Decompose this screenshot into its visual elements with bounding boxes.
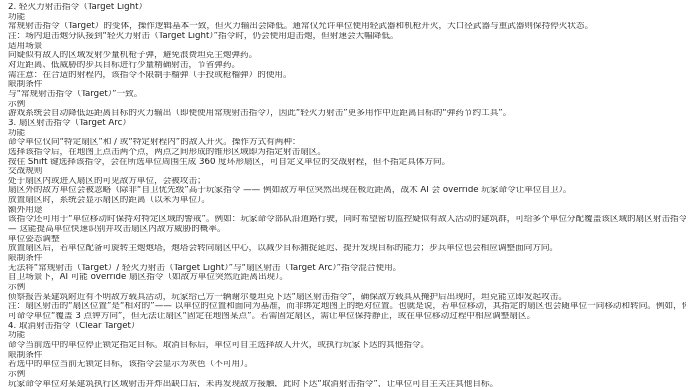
text-line: 命令单位仅向“特定扇区”和 / 或“特定射程内”的敌人开火。操作方式有两种： xyxy=(8,138,686,148)
text-line: 放置扇区后，若单位配备可旋转主炮炮塔，炮塔会转向扇区中心，以减少目标捕捉延迟、提… xyxy=(8,244,686,254)
text-line: 功能 xyxy=(8,129,686,139)
text-line: 常规射击指令（Target）的变体，操作逻辑基本一致，但火力输出会降低。通常仅允… xyxy=(8,22,686,32)
text-line: 向疑似有敌人的区域发射少量机枪子弹，避免浪费坦克主炮弹药。 xyxy=(8,51,686,61)
text-line: 限制条件 xyxy=(8,254,686,264)
document-body: 2. 轻火力射击指令（Target Light）功能常规射击指令（Target）… xyxy=(0,0,690,387)
text-line: 扇区外的敌方单位会被忽略（除非“自卫优先级”高于玩家指令 —— 例如敌方单位突然… xyxy=(8,186,686,196)
text-line: 处于扇区内或进入扇区的可见敌方单位，会被攻击； xyxy=(8,177,686,187)
text-line: 与“常规射击指令（Target）”一致。 xyxy=(8,90,686,100)
text-line: 若选中的单位当前无锁定目标，该指令会显示为灰色（不可用）。 xyxy=(8,360,686,370)
text-line: 游戏系统会自动降低远距离目标的火力输出（即使使用常规射击指令），因此“轻火力射击… xyxy=(8,109,686,119)
text-line: 单位姿态调整 xyxy=(8,235,686,245)
text-line: 示例 xyxy=(8,100,686,110)
text-line: 3. 扇区射击指令（Target Arc） xyxy=(8,119,686,129)
text-line: 无法将“常规射击（Target）/ 轻火力射击（Target Light）”与“… xyxy=(8,264,686,274)
text-line: 示例 xyxy=(8,370,686,380)
text-line: 命令当前选中的单位停止锁定指定目标。取消目标后，单位可自主选择敌人开火，或执行玩… xyxy=(8,341,686,351)
text-line: 功能 xyxy=(8,13,686,23)
text-line: 2. 轻火力射击指令（Target Light） xyxy=(8,3,686,13)
text-line: 该指令还可用于“单位移动时保持对特定区域的警戒”。例如：玩家命令部队沿道路行驶，… xyxy=(8,215,686,225)
text-line: 需注意：在合适的射程内，该指令不限制手榴弹（手投或枪榴弹）的使用。 xyxy=(8,71,686,81)
text-line: 可命令单位“覆盖 3 点钟方向”，但无法让扇区“固定在地图某点”。若需固定扇区，… xyxy=(8,312,686,322)
text-line: — 这能提高单位快速识别并攻击扇区内敌方威胁的概率。 xyxy=(8,225,686,235)
text-line: 功能 xyxy=(8,331,686,341)
text-line: 对近距离、低威胁的步兵目标进行少量精确射击，节省弹药。 xyxy=(8,61,686,71)
text-line: 自卫场景下，AI 可能 override 扇区指令（如敌方单位突然近距离出现）。 xyxy=(8,273,686,283)
text-line: 放置扇区时，系统会显示扇区的距离（以米为单位）。 xyxy=(8,196,686,206)
text-line: 注：扇区射击的“扇区位置”是“相对的”—— 以单位的位置和面向为基准，而非绑定地… xyxy=(8,302,686,312)
text-line: 4. 取消射击指令（Clear Target） xyxy=(8,322,686,332)
text-line: 限制条件 xyxy=(8,80,686,90)
text-line: 侦察报告某建筑附近有不明敌方载具活动，玩家给己方一辆谢尔曼坦克下达“扇区射击指令… xyxy=(8,293,686,303)
text-line: 示例 xyxy=(8,283,686,293)
text-line: 注：场内迫击炮分队接到“轻火力射击（Target Light）”指令时，仍会使用… xyxy=(8,32,686,42)
text-line: 额外用途 xyxy=(8,206,686,216)
text-line: 限制条件 xyxy=(8,351,686,361)
text-line: 交战规则 xyxy=(8,167,686,177)
text-line: 适用场景 xyxy=(8,42,686,52)
text-line: 玩家命令单位对某建筑执行区域射击并炸出缺口后，未再发现敌方接触，此时下达“取消射… xyxy=(8,380,686,387)
text-line: 选择该指令后，在地图上点击两个点，两点之间形成的锥形区域即为指定射击扇区。 xyxy=(8,148,686,158)
text-line: 按住 Shift 键选择该指令，会在所选单位周围生成 360 度环形扇区，可自定… xyxy=(8,158,686,168)
